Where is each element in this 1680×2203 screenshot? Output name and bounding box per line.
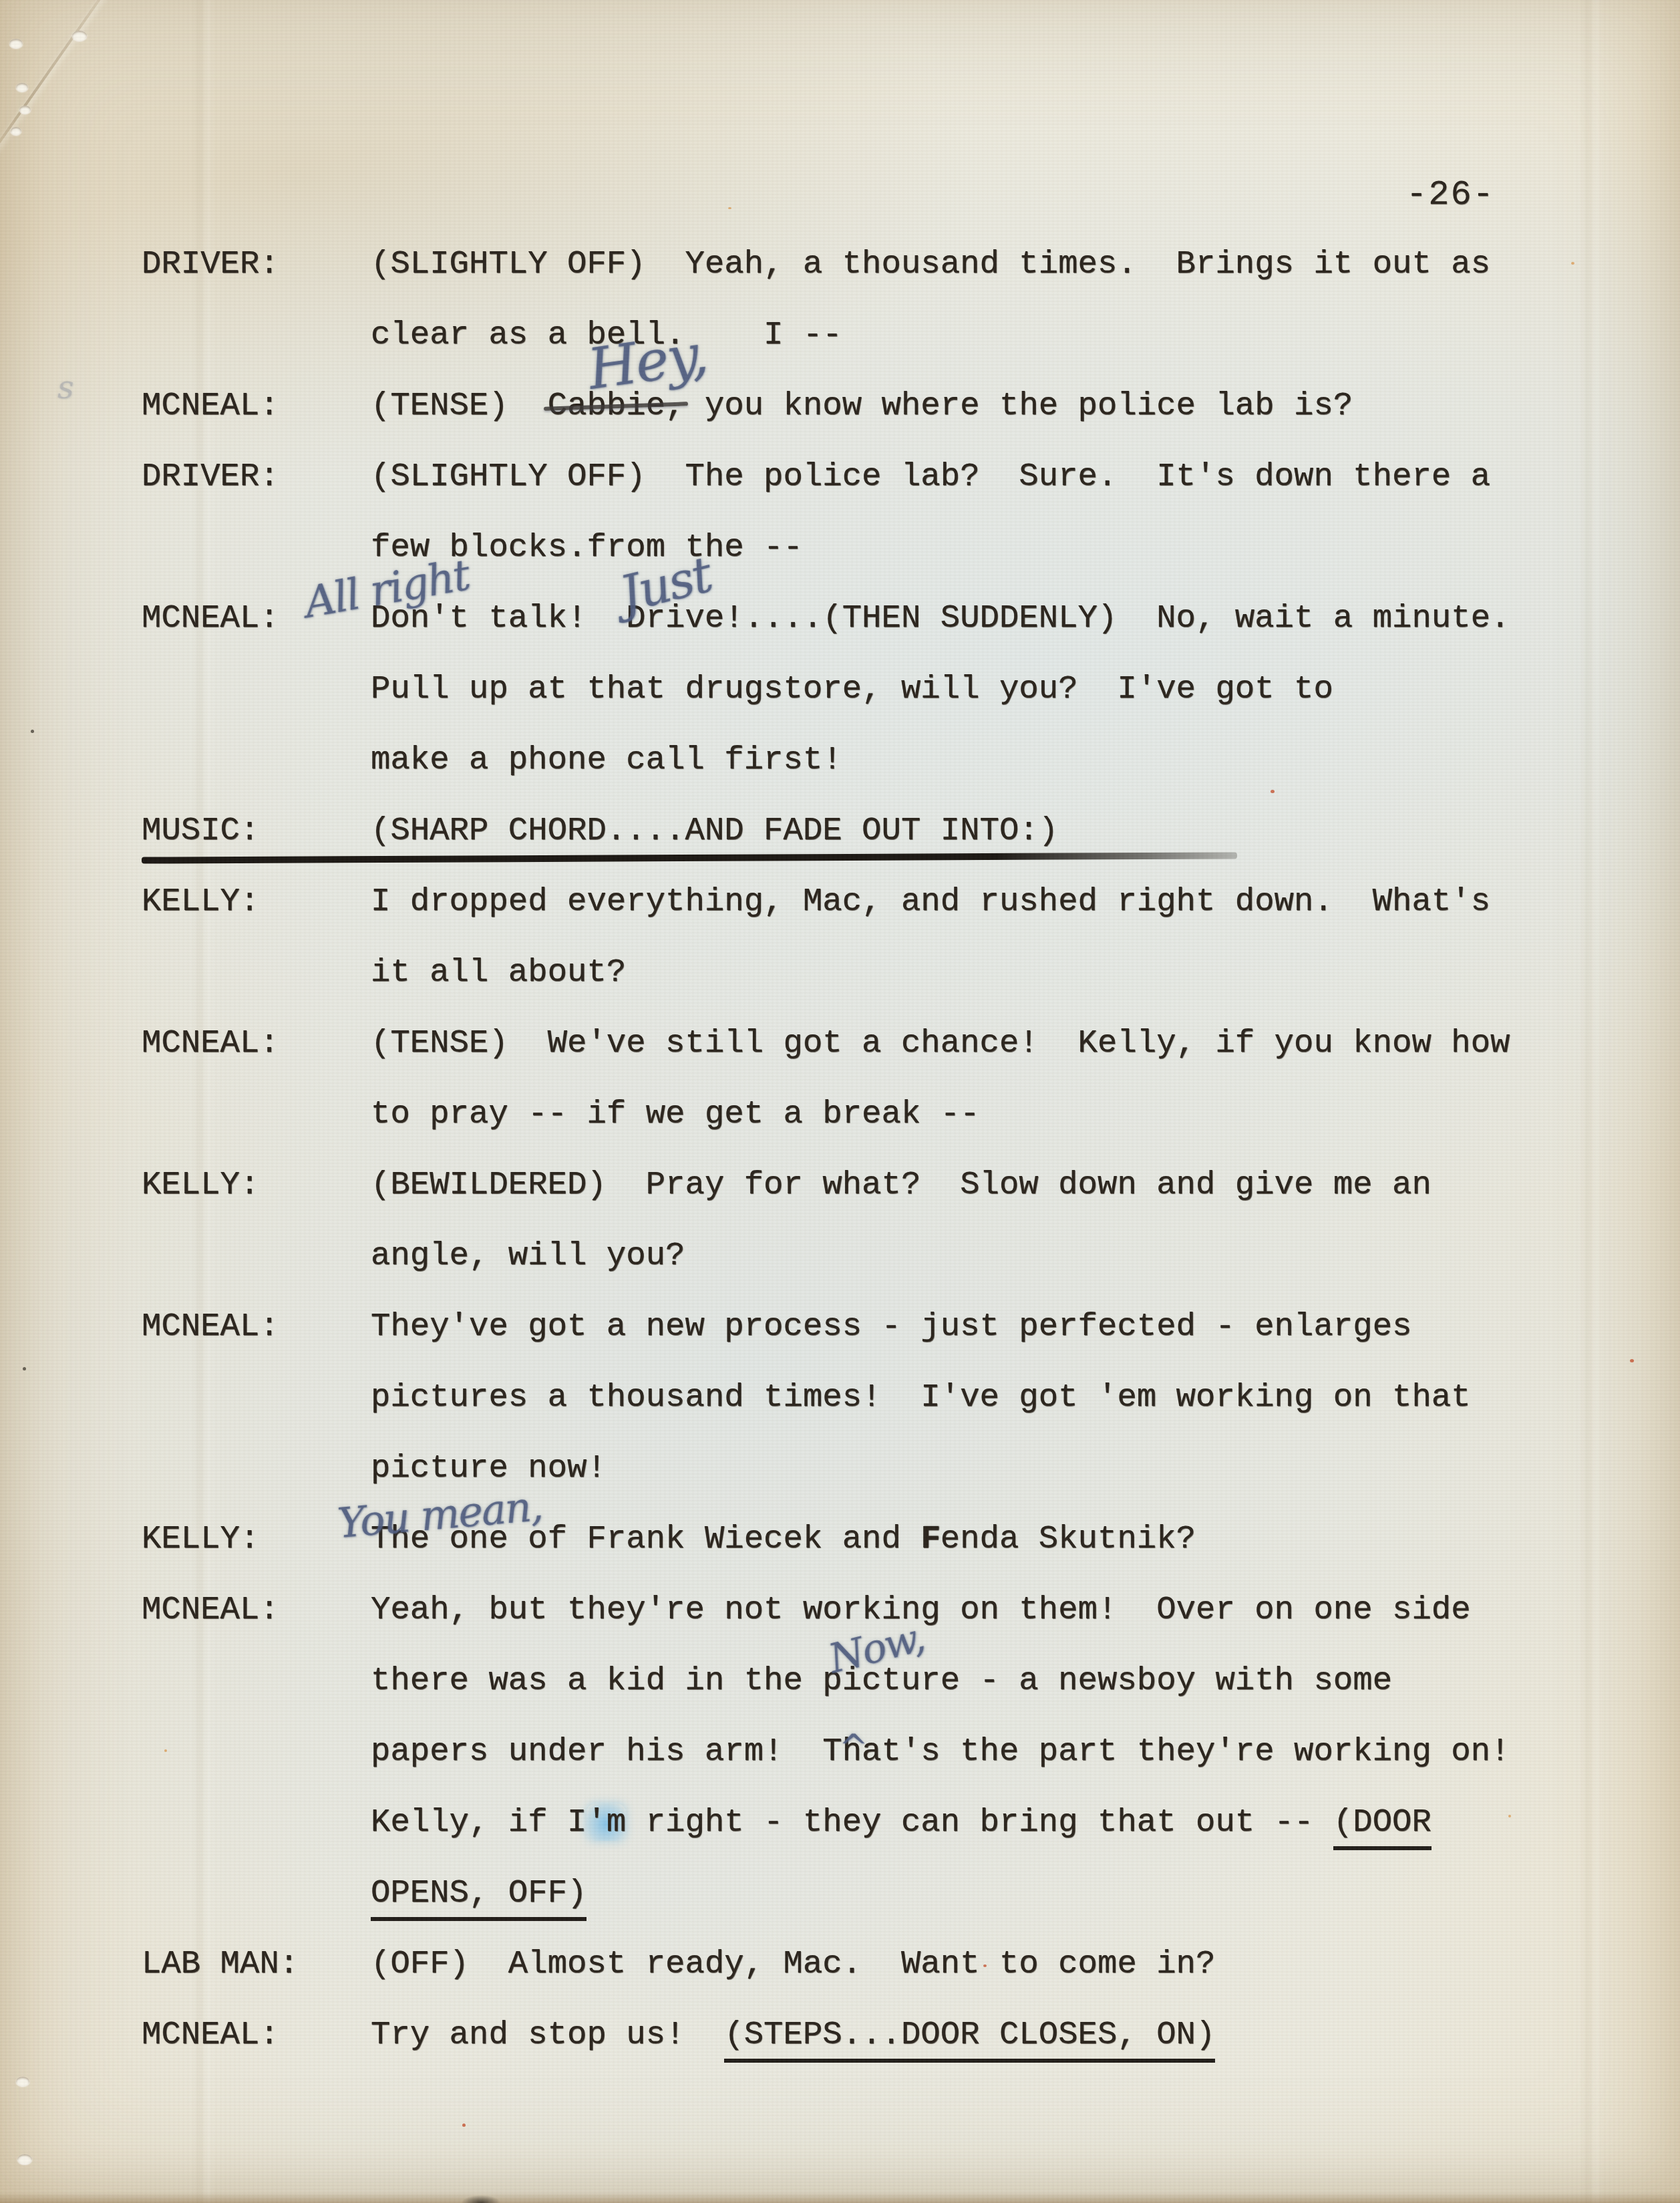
dialogue-text: Kelly, if I'm right - they can bring tha… — [371, 1802, 1432, 1842]
dialogue-segment: make a phone call first! — [371, 741, 842, 778]
dialogue-segment: They've got a new process - just perfect… — [371, 1308, 1411, 1345]
paper-speck — [1630, 1359, 1634, 1362]
dialogue-text: it all about? — [371, 952, 626, 992]
script-line: clear as a bell. I -- — [0, 315, 1680, 361]
paper-speck — [462, 2123, 466, 2127]
script-page: -26- DRIVER:(SLIGHTLY OFF) Yeah, a thous… — [0, 0, 1680, 2203]
script-line: KELLY:I dropped everything, Mac, and rus… — [0, 881, 1680, 928]
script-line: MUSIC:(SHARP CHORD....AND FADE OUT INTO:… — [0, 811, 1680, 857]
dialogue-segment-highlight: 'm — [586, 1803, 626, 1841]
dialogue-segment: you know where the police lab is? — [685, 387, 1353, 424]
speaker-label: MCNEAL: — [142, 598, 279, 638]
dialogue-segment: papers under his arm! That's the part th… — [371, 1733, 1510, 1770]
speaker-label: KELLY: — [142, 1165, 259, 1205]
dialogue-segment: (BEWILDERED) Pray for what? Slow down an… — [371, 1166, 1432, 1203]
staple-dent — [9, 39, 23, 48]
handwritten-annotation: s — [57, 369, 73, 406]
speaker-label: MCNEAL: — [142, 1023, 279, 1063]
script-line: DRIVER:(SLIGHTLY OFF) The police lab? Su… — [0, 456, 1680, 503]
script-line: MCNEAL:(TENSE) Cabbie, you know where th… — [0, 386, 1680, 432]
speaker-label: MCNEAL: — [142, 1590, 279, 1630]
dialogue-text: (SHARP CHORD....AND FADE OUT INTO:) — [371, 811, 1058, 851]
dialogue-text: make a phone call first! — [371, 740, 842, 780]
script-line: MCNEAL:(TENSE) We've still got a chance!… — [0, 1023, 1680, 1070]
script-line: pictures a thousand times! I've got 'em … — [0, 1377, 1680, 1424]
dialogue-segment: (SHARP CHORD....AND FADE OUT INTO:) — [371, 812, 1058, 849]
dialogue-segment: Try and stop us! — [371, 2016, 724, 2053]
dialogue-segment: (TENSE) We've still got a chance! Kelly,… — [371, 1024, 1510, 1062]
script-line: Pull up at that drugstore, will you? I'v… — [0, 669, 1680, 716]
dialogue-segment-underline: OPENS, OFF) — [371, 1874, 586, 1921]
dialogue-segment: Pull up at that drugstore, will you? I'v… — [371, 670, 1333, 708]
dialogue-segment: Yeah, but they're not working on them! O… — [371, 1591, 1471, 1628]
dialogue-text: Pull up at that drugstore, will you? I'v… — [371, 669, 1333, 709]
paper-speck — [728, 207, 731, 209]
script-line: make a phone call first! — [0, 740, 1680, 786]
paper-speck — [1271, 790, 1275, 793]
dialogue-text: Don't talk! Drive!....(THEN SUDDENLY) No… — [371, 598, 1510, 638]
handwritten-annotation: ^ — [839, 1728, 867, 1768]
dialogue-segment: Don't talk! Drive!....(THEN SUDDENLY) No… — [371, 599, 1510, 637]
dialogue-segment: it all about? — [371, 953, 626, 991]
script-line: MCNEAL:They've got a new process - just … — [0, 1306, 1680, 1353]
speaker-label: DRIVER: — [142, 456, 279, 496]
dialogue-segment: Kelly, if I — [371, 1803, 586, 1841]
script-line: MCNEAL:Yeah, but they're not working on … — [0, 1590, 1680, 1636]
dialogue-text: Yeah, but they're not working on them! O… — [371, 1590, 1471, 1630]
speaker-label: MUSIC: — [142, 811, 259, 851]
staple-dent — [16, 83, 28, 92]
dialogue-segment-bold: F — [920, 1520, 940, 1558]
dialogue-segment: angle, will you? — [371, 1237, 685, 1274]
dialogue-segment: picture now! — [371, 1449, 607, 1487]
dialogue-segment: I dropped everything, Mac, and rushed ri… — [371, 883, 1490, 920]
dialogue-text: papers under his arm! That's the part th… — [371, 1731, 1510, 1771]
page-edge — [0, 2192, 1680, 2203]
pinhole — [31, 730, 34, 733]
speaker-label: DRIVER: — [142, 244, 279, 284]
script-line: MCNEAL:Don't talk! Drive!....(THEN SUDDE… — [0, 598, 1680, 645]
speaker-label: KELLY: — [142, 881, 259, 921]
dialogue-segment: to pray -- if we get a break -- — [371, 1095, 980, 1133]
dialogue-text: (SLIGHTLY OFF) Yeah, a thousand times. B… — [371, 244, 1490, 284]
staple-dent — [16, 2077, 29, 2086]
dialogue-text: Try and stop us! (STEPS...DOOR CLOSES, O… — [371, 2015, 1215, 2055]
dialogue-text: (SLIGHTLY OFF) The police lab? Sure. It'… — [371, 456, 1490, 496]
dialogue-segment-underline: (DOOR — [1333, 1803, 1432, 1850]
dialogue-segment: (SLIGHTLY OFF) The police lab? Sure. It'… — [371, 458, 1490, 495]
staple-dent — [72, 31, 87, 41]
speaker-label: MCNEAL: — [142, 1306, 279, 1346]
speaker-label: MCNEAL: — [142, 386, 279, 426]
page-number: -26- — [1406, 175, 1495, 214]
speaker-label: KELLY: — [142, 1519, 259, 1559]
dialogue-segment: enda Skutnik? — [941, 1520, 1196, 1558]
speaker-label: MCNEAL: — [142, 2015, 279, 2055]
script-line: angle, will you? — [0, 1235, 1680, 1282]
speaker-label: LAB MAN: — [142, 1944, 299, 1984]
dialogue-text: to pray -- if we get a break -- — [371, 1094, 980, 1134]
dialogue-segment: pictures a thousand times! I've got 'em … — [371, 1378, 1471, 1416]
pinhole — [23, 1367, 26, 1370]
script-line: few blocks.from the -- — [0, 527, 1680, 574]
dialogue-segment: (SLIGHTLY OFF) Yeah, a thousand times. B… — [371, 245, 1490, 283]
dialogue-text: angle, will you? — [371, 1235, 685, 1276]
script-line: DRIVER:(SLIGHTLY OFF) Yeah, a thousand t… — [0, 244, 1680, 291]
dialogue-text: (TENSE) Cabbie, you know where the polic… — [371, 386, 1353, 426]
dialogue-text: pictures a thousand times! I've got 'em … — [371, 1377, 1471, 1417]
staple-dent — [11, 127, 21, 135]
dialogue-text: OPENS, OFF) — [371, 1873, 586, 1913]
script-line: LAB MAN:(OFF) Almost ready, Mac. Want to… — [0, 1944, 1680, 1991]
dialogue-text: I dropped everything, Mac, and rushed ri… — [371, 881, 1490, 921]
dialogue-text: (OFF) Almost ready, Mac. Want to come in… — [371, 1944, 1215, 1984]
script-line: KELLY:The one of Frank Wiecek and Fenda … — [0, 1519, 1680, 1566]
script-line: Kelly, if I'm right - they can bring tha… — [0, 1802, 1680, 1849]
music-cue-underline — [142, 852, 1237, 863]
script-line: KELLY:(BEWILDERED) Pray for what? Slow d… — [0, 1165, 1680, 1211]
dialogue-text: picture now! — [371, 1448, 607, 1488]
dialogue-text: They've got a new process - just perfect… — [371, 1306, 1411, 1346]
dialogue-segment: right - they can bring that out -- — [626, 1803, 1333, 1841]
script-line: to pray -- if we get a break -- — [0, 1094, 1680, 1141]
script-line: MCNEAL:Try and stop us! (STEPS...DOOR CL… — [0, 2015, 1680, 2061]
script-line: it all about? — [0, 952, 1680, 999]
paper-crease — [0, 0, 114, 161]
paper-stain — [461, 2195, 501, 2203]
staple-dent — [17, 2154, 32, 2164]
script-line: OPENS, OFF) — [0, 1873, 1680, 1920]
script-line: picture now! — [0, 1448, 1680, 1495]
dialogue-text: (TENSE) We've still got a chance! Kelly,… — [371, 1023, 1510, 1063]
dialogue-segment: (OFF) Almost ready, Mac. Want to come in… — [371, 1945, 1215, 1982]
staple-dent — [19, 106, 31, 114]
dialogue-text: (BEWILDERED) Pray for what? Slow down an… — [371, 1165, 1432, 1205]
dialogue-segment-underline: (STEPS...DOOR CLOSES, ON) — [724, 2016, 1215, 2063]
dialogue-segment: (TENSE) — [371, 387, 548, 424]
